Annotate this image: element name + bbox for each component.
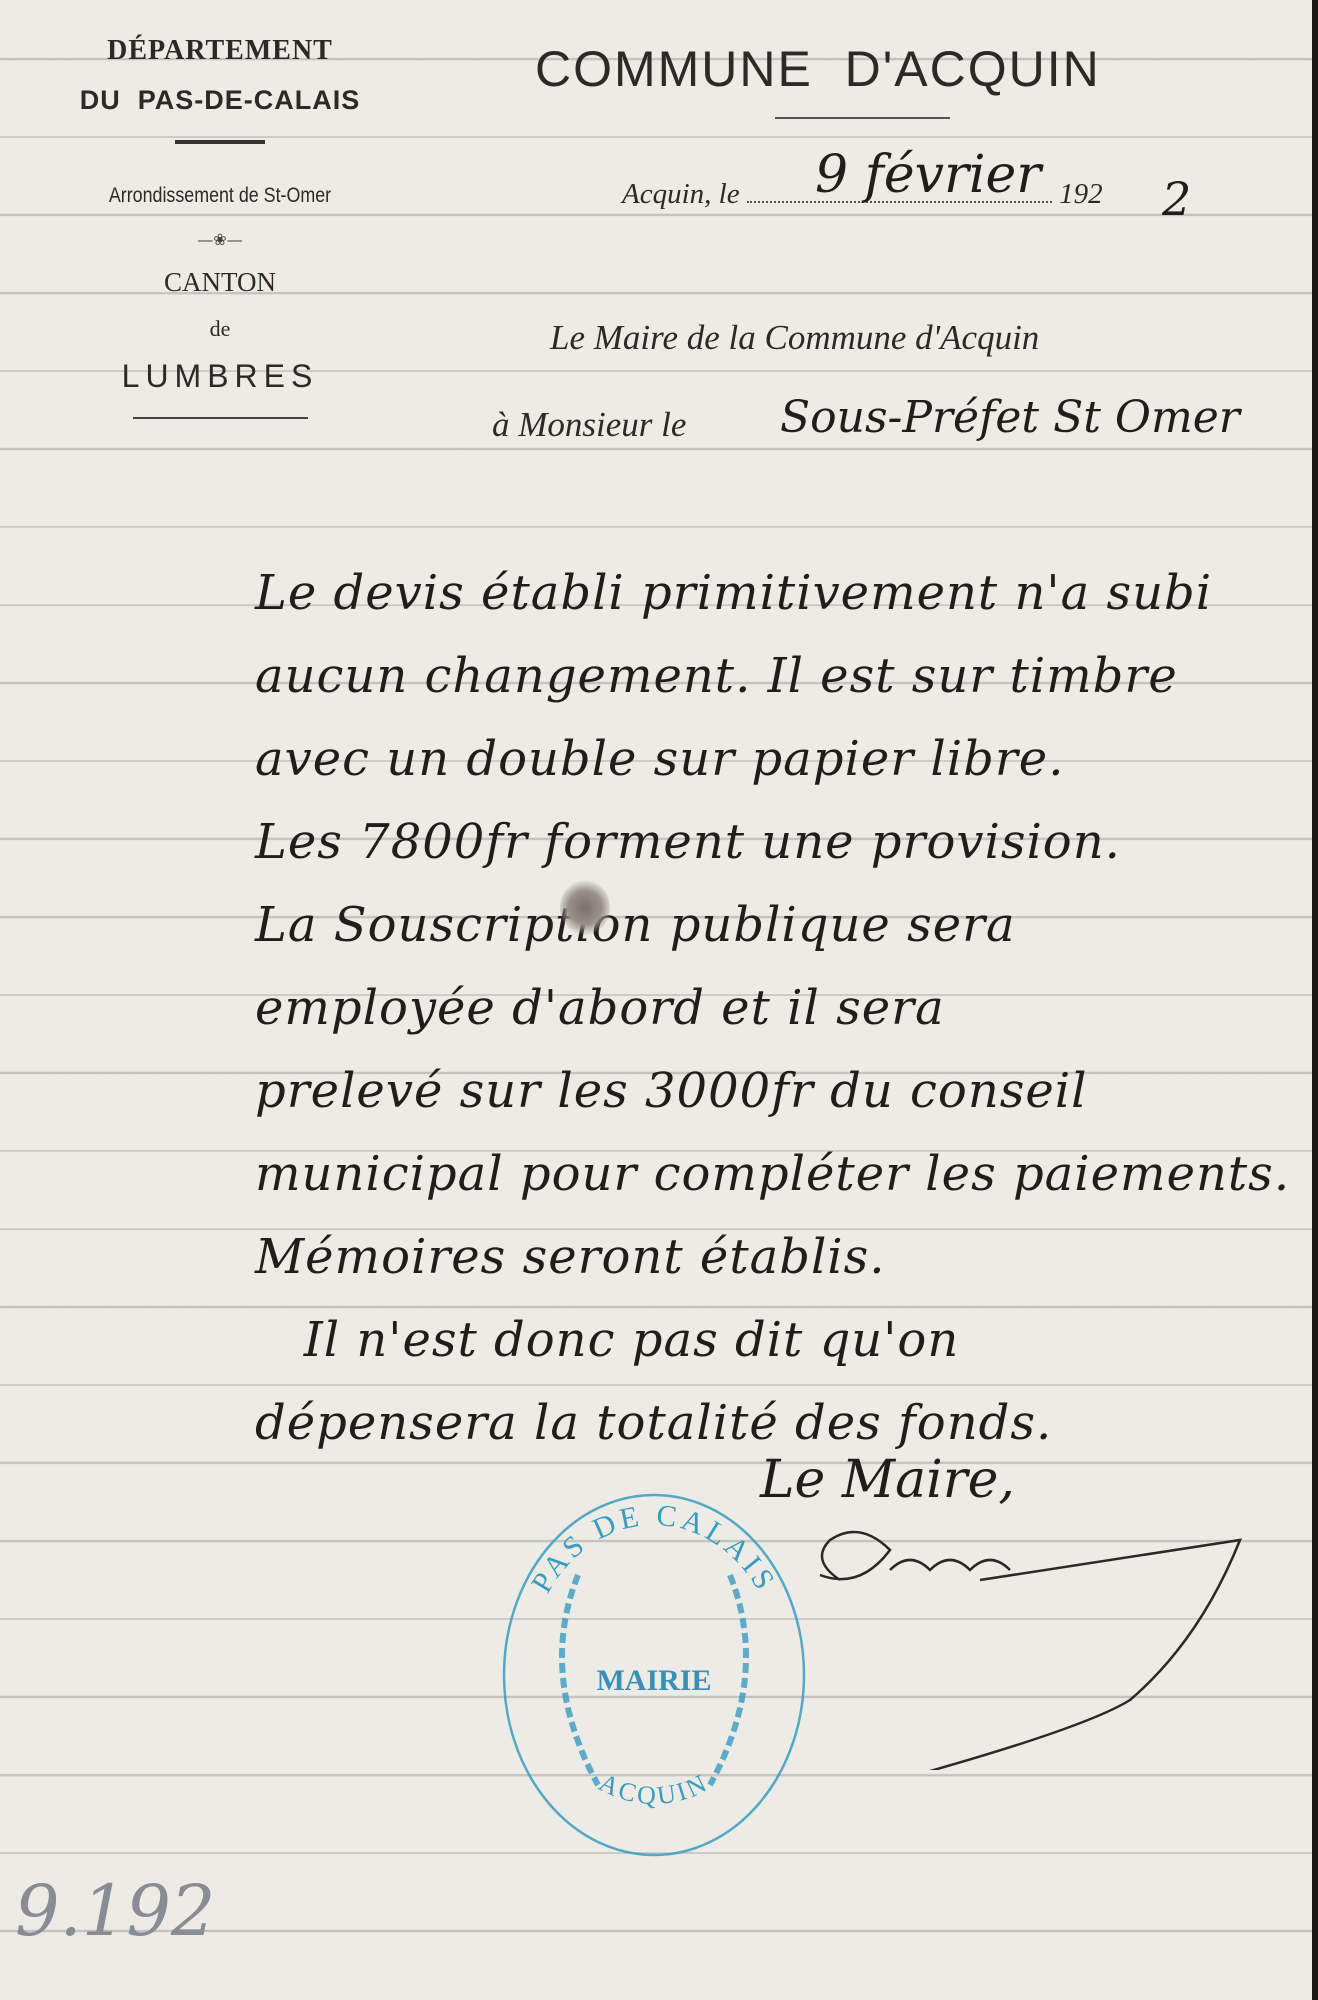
mairie-stamp: PAS DE CALAIS ACQUIN MAIRIE [468, 1485, 840, 1865]
body-line: municipal pour compléter les paiements. [255, 1146, 1275, 1229]
body-line: Il n'est donc pas dit qu'on [255, 1312, 1275, 1395]
pencil-annotation: 9.192 [15, 1870, 215, 1952]
signoff: Le Maire, [760, 1450, 1015, 1510]
department-name: DU PAS-DE-CALAIS [40, 85, 400, 116]
ornament-icon: —❀— [40, 230, 400, 249]
canton-name: LUMBRES [40, 358, 400, 395]
commune-title: COMMUNE D'ACQUIN [535, 40, 1101, 98]
body-line: La Souscription publique sera [255, 897, 1275, 980]
svg-text:MAIRIE: MAIRIE [596, 1664, 711, 1697]
svg-text:PAS DE CALAIS: PAS DE CALAIS [525, 1499, 783, 1599]
year-handwritten: 2 [1162, 172, 1191, 226]
recipient-handwritten: Sous-Préfet St Omer [780, 392, 1240, 443]
letter-body: Le devis établi primitivement n'a subi a… [255, 565, 1275, 1478]
svg-text:ACQUIN: ACQUIN [594, 1768, 713, 1811]
ornament-divider [133, 417, 308, 419]
canton-label: CANTON [40, 267, 400, 298]
sender-line: Le Maire de la Commune d'Acquin [550, 318, 1039, 358]
body-line: Les 7800fr forment une provision. [255, 814, 1275, 897]
date-prefix: Acquin, le [622, 178, 740, 210]
canton-de: de [40, 316, 400, 342]
date-handwritten: 9 février [815, 145, 1041, 205]
body-line: aucun changement. Il est sur timbre [255, 648, 1275, 731]
ink-spot [560, 880, 610, 935]
body-line: employée d'abord et il sera [255, 980, 1275, 1063]
signature-flourish-icon [800, 1520, 1260, 1770]
department-title: DÉPARTEMENT [40, 35, 400, 67]
body-line: avec un double sur papier libre. [255, 731, 1275, 814]
year-printed: 192 [1059, 178, 1103, 210]
body-line: Mémoires seront établis. [255, 1229, 1275, 1312]
letterhead-left-block: DÉPARTEMENT DU PAS-DE-CALAIS Arrondissem… [40, 30, 400, 419]
letter-page: DÉPARTEMENT DU PAS-DE-CALAIS Arrondissem… [0, 0, 1312, 2000]
body-line: prelevé sur les 3000fr du conseil [255, 1063, 1275, 1146]
recipient-prefix: à Monsieur le [492, 405, 686, 445]
body-line: Le devis établi primitivement n'a subi [255, 565, 1275, 648]
commune-divider [775, 117, 950, 119]
arrondissement: Arrondissement de St-Omer [67, 184, 373, 208]
stamp-seal-icon: PAS DE CALAIS ACQUIN MAIRIE [468, 1485, 840, 1865]
header-divider [175, 140, 265, 144]
photo-edge [1312, 0, 1318, 2000]
